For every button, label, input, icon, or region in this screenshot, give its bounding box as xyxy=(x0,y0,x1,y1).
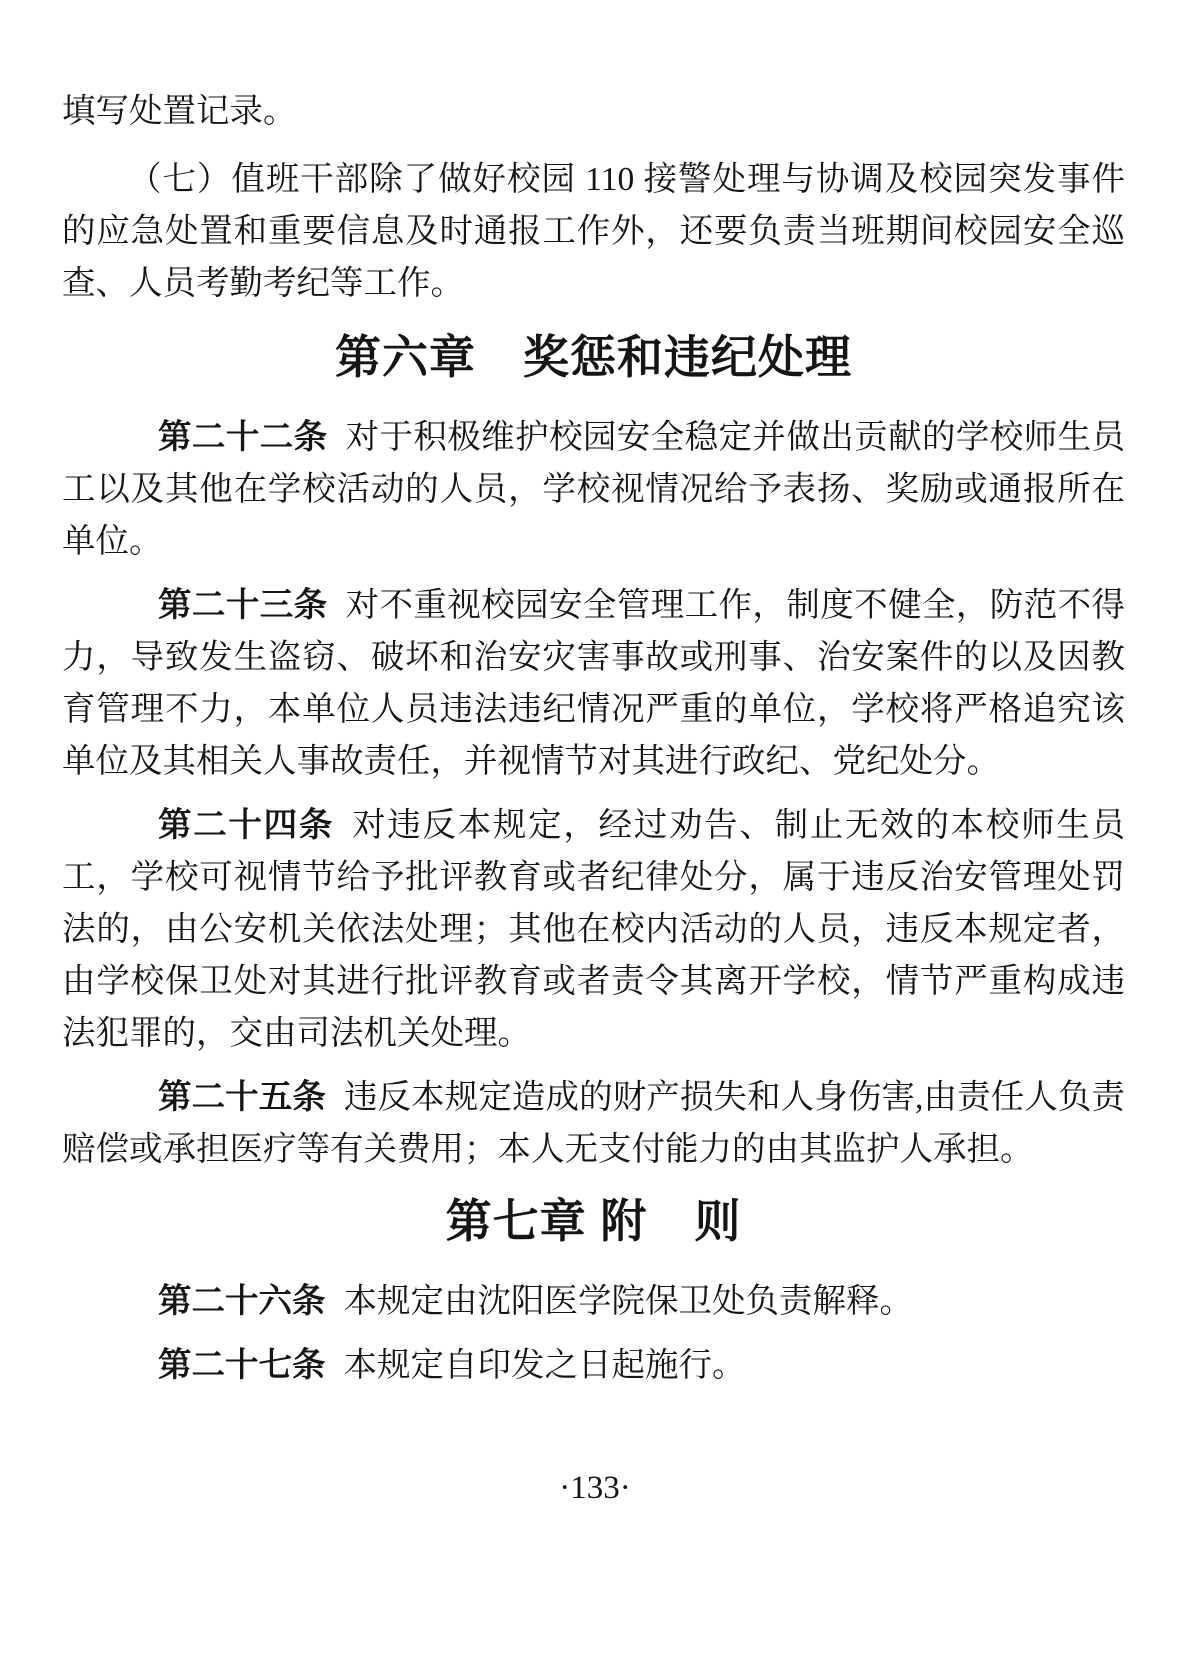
article-25-label: 第二十五条 xyxy=(158,1079,326,1116)
article-24: 第二十四条对违反本规定，经过劝告、制止无效的本校师生员工，学校可视情节给予批评教… xyxy=(62,800,1125,1060)
article-26: 第二十六条本规定由沈阳医学院保卫处负责解释。 xyxy=(62,1276,1125,1328)
chapter-six-heading: 第六章 奖惩和违纪处理 xyxy=(62,328,1125,386)
article-27: 第二十七条本规定自印发之日起施行。 xyxy=(62,1340,1125,1392)
article-22: 第二十二条对于积极维护校园安全稳定并做出贡献的学校师生员工以及其他在学校活动的人… xyxy=(62,412,1125,568)
paragraph-continuation: 填写处置记录。 xyxy=(62,86,1125,138)
article-23-label: 第二十三条 xyxy=(158,587,328,624)
page-number: ·133· xyxy=(0,1470,1190,1506)
article-23: 第二十三条对不重视校园安全管理工作，制度不健全，防范不得力，导致发生盗窃、破坏和… xyxy=(62,580,1125,788)
article-24-label: 第二十四条 xyxy=(158,807,334,844)
article-26-text: 本规定由沈阳医学院保卫处负责解释。 xyxy=(344,1283,914,1320)
article-26-label: 第二十六条 xyxy=(158,1283,326,1320)
chapter-seven-heading: 第七章 附 则 xyxy=(62,1192,1125,1250)
article-27-text: 本规定自印发之日起施行。 xyxy=(344,1347,746,1384)
article-27-label: 第二十七条 xyxy=(158,1347,326,1384)
paragraph-item-seven: （七）值班干部除了做好校园 110 接警处理与协调及校园突发事件的应急处置和重要… xyxy=(62,154,1125,310)
document-body: 填写处置记录。 （七）值班干部除了做好校园 110 接警处理与协调及校园突发事件… xyxy=(62,86,1125,1392)
article-22-label: 第二十二条 xyxy=(158,419,328,456)
article-25: 第二十五条违反本规定造成的财产损失和人身伤害,由责任人负责赔偿或承担医疗等有关费… xyxy=(62,1072,1125,1176)
document-page: 填写处置记录。 （七）值班干部除了做好校园 110 接警处理与协调及校园突发事件… xyxy=(0,0,1190,1670)
